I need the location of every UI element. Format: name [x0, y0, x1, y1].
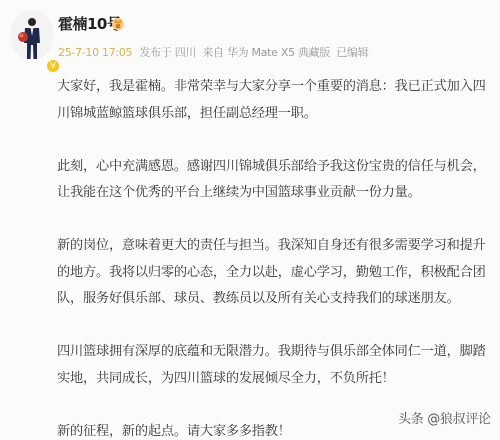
post-device-source: 来自 华为 Mate X5 典藏版 [202, 46, 330, 59]
post-content: 大家好，我是霍楠。非常荣幸与大家分享一个重要的消息：我已正式加入四川锦城蓝鲸篮球… [57, 74, 489, 440]
weibo-post: V 霍楠10号 25-7-10 17:05 发布于 四川 来自 华为 Mate … [0, 0, 500, 440]
paragraph: 此刻，心中充满感恩。感谢四川锦城俱乐部给予我这份宝贵的信任与机会，让我能在这个优… [57, 154, 489, 207]
post-meta: 25-7-10 17:05 发布于 四川 来自 华为 Mate X5 典藏版 已… [58, 44, 371, 60]
post-timestamp[interactable]: 25-7-10 17:05 [58, 46, 132, 59]
post-location: 发布于 四川 [139, 46, 196, 59]
avatar[interactable]: V [10, 9, 54, 61]
paragraph: 大家好，我是霍楠。非常荣幸与大家分享一个重要的消息：我已正式加入四川锦城蓝鲸篮球… [57, 74, 489, 127]
watermark: 头条 @狼叔评论 [398, 408, 491, 427]
avatar-photo-icon [10, 9, 54, 61]
paragraph: 四川篮球拥有深厚的底蕴和无限潜力。我期待与俱乐部全体同仁一道，脚踏实地，共同成长… [57, 339, 489, 392]
crown-icon [111, 15, 125, 31]
edited-label[interactable]: 已编辑 [336, 46, 368, 59]
paragraph: 新的岗位，意味着更大的责任与担当。我深知自身还有很多需要学习和提升的地方。我将以… [57, 233, 489, 313]
verified-badge: V [47, 60, 59, 72]
